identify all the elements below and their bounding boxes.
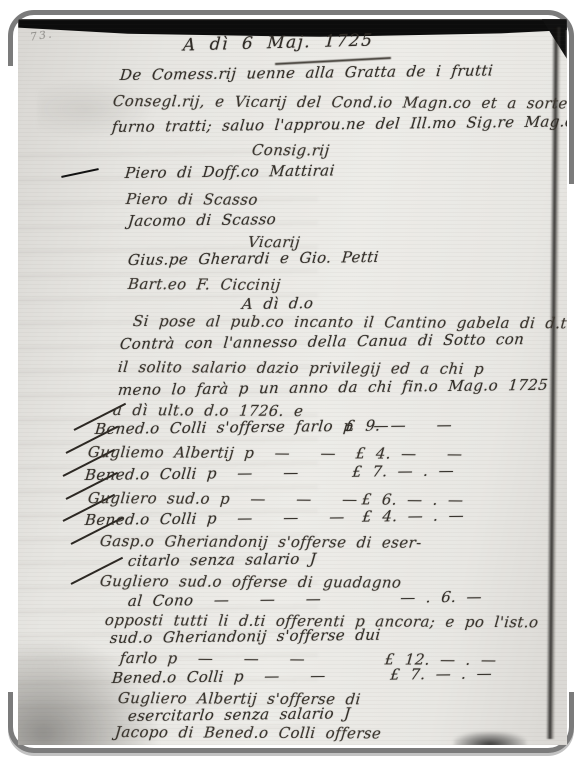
manuscript-line: Jacopo di Bened.o Colli offerse [114,723,567,743]
frame-mask-left [0,66,17,692]
line-text: meno lo farà p un anno da chi fin.o Mag.… [117,376,549,399]
line-text: Gius.pe Gherardi e Gio. Petti [127,248,380,269]
manuscript-scan-page: 73. A dì 6 Maj. 1725 De Comess.rij uenne… [0,0,583,760]
line-amount: £ 7. — . — [351,461,454,480]
line-text: il solito salario dazio privilegij ed a … [117,358,485,378]
scanned-paper: 73. A dì 6 Maj. 1725 De Comess.rij uenne… [18,19,567,745]
frame-mask-right [565,184,583,692]
line-text: Jacopo di Bened.o Colli offerse [114,723,382,742]
line-text: Contrà con l'annesso della Canua di Sott… [119,330,525,353]
line-amount: £ 4. — . — [361,506,464,525]
manuscript-line: furno tratti; saluo l'approu.ne del Ill.… [111,112,567,136]
line-text: Piero di Doff.co Mattirai [124,161,336,182]
line-text: sud.o Gheriandonij s'offerse dui [109,626,381,647]
line-text: Consegl.rij, e Vicarij del Cond.io Magn.… [112,92,567,112]
line-text: Bened.o Colli p — — [84,463,299,484]
line-text: citarlo senza salario J [127,550,317,570]
line-text: Bened.o Colli p — — [111,666,326,687]
line-text: A dì d.o [241,294,314,313]
line-amount: £ 7. — . — [390,664,493,683]
line-text: Consig.rij [251,141,330,159]
line-text: esercitarlo senza salario J [127,704,351,725]
manuscript-line: Contrà con l'annesso della Canua di Sott… [119,329,567,353]
line-text: furno tratti; saluo l'approu.ne del Ill.… [111,112,567,136]
line-text: Gugliemo Albertij p — — [87,443,337,462]
line-text: De Comess.rij uenne alla Gratta de i fru… [119,61,494,84]
manuscript-line: Jacomo di Scasso [127,206,567,230]
line-amount: £ 4. — — [355,444,463,463]
line-text: Bened.o Colli p — — — [84,508,345,529]
line-text: Bart.eo F. Ciccinij [127,275,281,294]
line-amount: £ 9. — — [344,416,453,435]
line-text: Gugliero sud.o p — — — [87,489,358,508]
manuscript-line: Gius.pe Gherardi e Gio. Petti [127,245,567,269]
line-text: al Cono — — — [127,590,322,610]
line-amount: — . 6. — [399,588,482,607]
manuscript-line: Piero di Doff.co Mattirai [124,158,567,182]
manuscript-line: meno lo farà p un anno da chi fin.o Mag.… [117,375,567,399]
line-text: farlo p — — — [119,649,306,668]
line-text: Jacomo di Scasso [127,210,277,230]
manuscript-line: Bened.o Colli p — — —£ 4. — . — [84,505,556,529]
line-text: Si pose al pub.co incanto il Cantino gab… [132,312,567,332]
line-text: Piero di Scasso [125,190,259,209]
manuscript-text-block: De Comess.rij uenne alla Gratta de i fru… [18,19,567,745]
manuscript-line: De Comess.rij uenne alla Gratta de i fru… [119,60,567,84]
manuscript-line: Consegl.rij, e Vicarij del Cond.io Magn.… [112,92,567,112]
manuscript-line: Bened.o Colli p — —£ 7. — . — [84,460,556,484]
